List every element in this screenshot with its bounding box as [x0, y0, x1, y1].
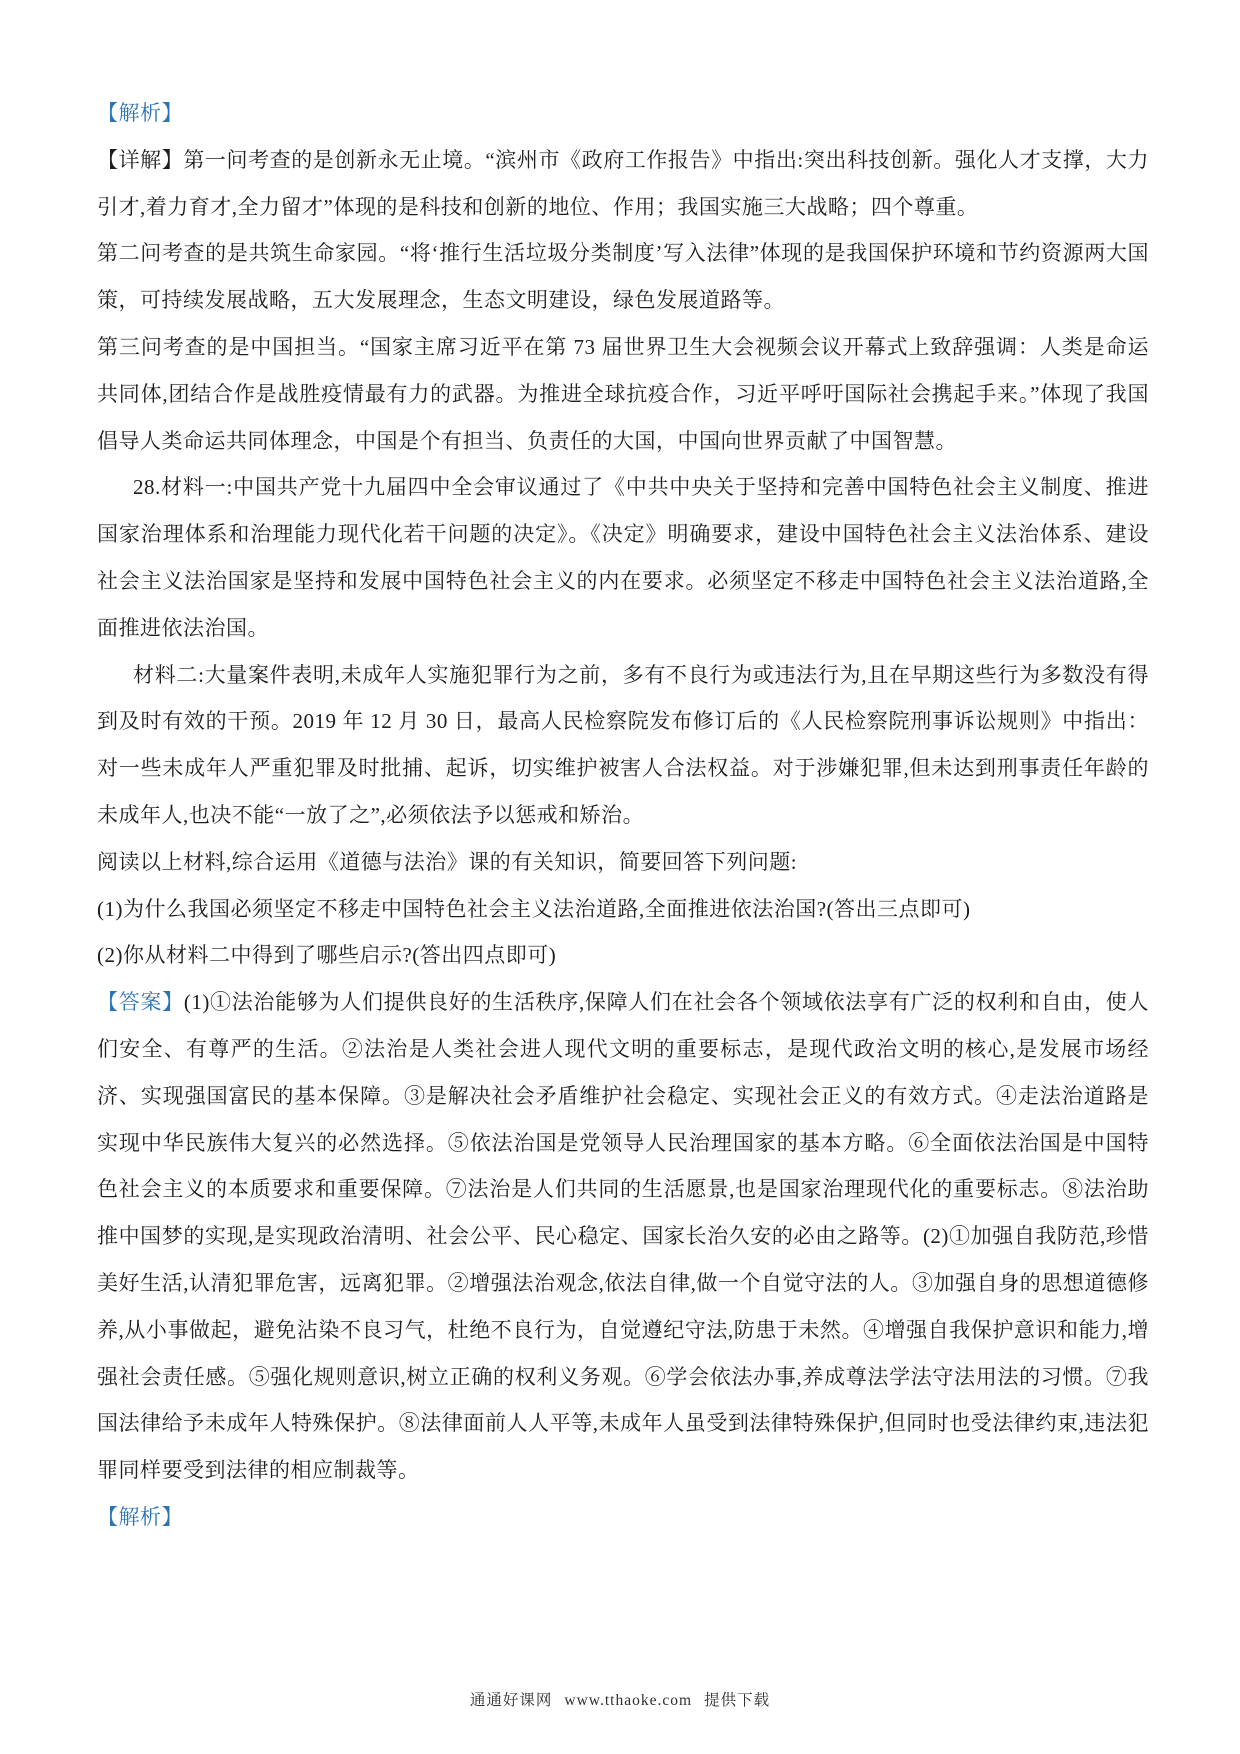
footer-url: www.tthaoke.com: [564, 1692, 692, 1709]
detail-q3-text: 第三问考查的是中国担当。“国家主席习近平在第 73 届世界卫生大会视频会议开幕式…: [97, 335, 1149, 453]
analysis-section-label: 【解析】: [97, 90, 1149, 137]
jiexi-label: 【解析】: [97, 101, 183, 125]
sub-question-2-text: (2)你从材料二中得到了哪些启示?(答出四点即可): [97, 943, 556, 967]
footer-suffix: 提供下载: [704, 1692, 770, 1709]
sub-question-1-paragraph: (1)为什么我国必须坚定不移走中国特色社会主义法治道路,全面推进依法治国?(答出…: [97, 886, 1149, 933]
daan-label: 【答案】: [97, 990, 184, 1014]
sub-question-2-paragraph: (2)你从材料二中得到了哪些启示?(答出四点即可): [97, 932, 1149, 979]
detail-explanation-q3-paragraph: 第三问考查的是中国担当。“国家主席习近平在第 73 届世界卫生大会视频会议开幕式…: [97, 324, 1149, 464]
detail-q2-text: 第二问考查的是共筑生命家园。“将‘推行生活垃圾分类制度’写入法律”体现的是我国保…: [97, 241, 1149, 312]
answer-paragraph: 【答案】(1)①法治能够为人们提供良好的生活秩序,保障人们在社会各个领域依法享有…: [97, 979, 1149, 1494]
question28-material-two-paragraph: 材料二:大量案件表明,未成年人实施犯罪行为之前，多有不良行为或违法行为,且在早期…: [97, 652, 1149, 839]
detail-explanation-q2-paragraph: 第二问考查的是共筑生命家园。“将‘推行生活垃圾分类制度’写入法律”体现的是我国保…: [97, 230, 1149, 324]
question28-material-one-paragraph: 28.材料一:中国共产党十九届四中全会审议通过了《中共中央关于坚持和完善中国特色…: [97, 464, 1149, 651]
sub-question-1-text: (1)为什么我国必须坚定不移走中国特色社会主义法治道路,全面推进依法治国?(答出…: [97, 897, 971, 921]
document-page: 【解析】 【详解】第一问考查的是创新永无止境。“滨州市《政府工作报告》中指出:突…: [0, 0, 1240, 1754]
detail-explanation-q1-paragraph: 【详解】第一问考查的是创新永无止境。“滨州市《政府工作报告》中指出:突出科技创新…: [97, 137, 1149, 231]
detail-q1-text: 【详解】第一问考查的是创新永无止境。“滨州市《政府工作报告》中指出:突出科技创新…: [97, 148, 1149, 219]
page-footer: 通通好课网www.tthaoke.com提供下载: [0, 1688, 1240, 1710]
document-body: 【解析】 【详解】第一问考查的是创新永无止境。“滨州市《政府工作报告》中指出:突…: [97, 90, 1149, 1541]
material-one-text: 28.材料一:中国共产党十九届四中全会审议通过了《中共中央关于坚持和完善中国特色…: [97, 475, 1149, 639]
material-two-text: 材料二:大量案件表明,未成年人实施犯罪行为之前，多有不良行为或违法行为,且在早期…: [97, 663, 1149, 827]
analysis-section-label-bottom: 【解析】: [97, 1494, 1149, 1541]
answer-text: (1)①法治能够为人们提供良好的生活秩序,保障人们在社会各个领域依法享有广泛的权…: [97, 990, 1149, 1482]
reading-instruction-paragraph: 阅读以上材料,综合运用《道德与法治》课的有关知识，简要回答下列问题:: [97, 839, 1149, 886]
reading-instruction-text: 阅读以上材料,综合运用《道德与法治》课的有关知识，简要回答下列问题:: [97, 850, 797, 874]
jiexi-label-bottom: 【解析】: [97, 1505, 183, 1529]
footer-site-name: 通通好课网: [470, 1692, 553, 1709]
